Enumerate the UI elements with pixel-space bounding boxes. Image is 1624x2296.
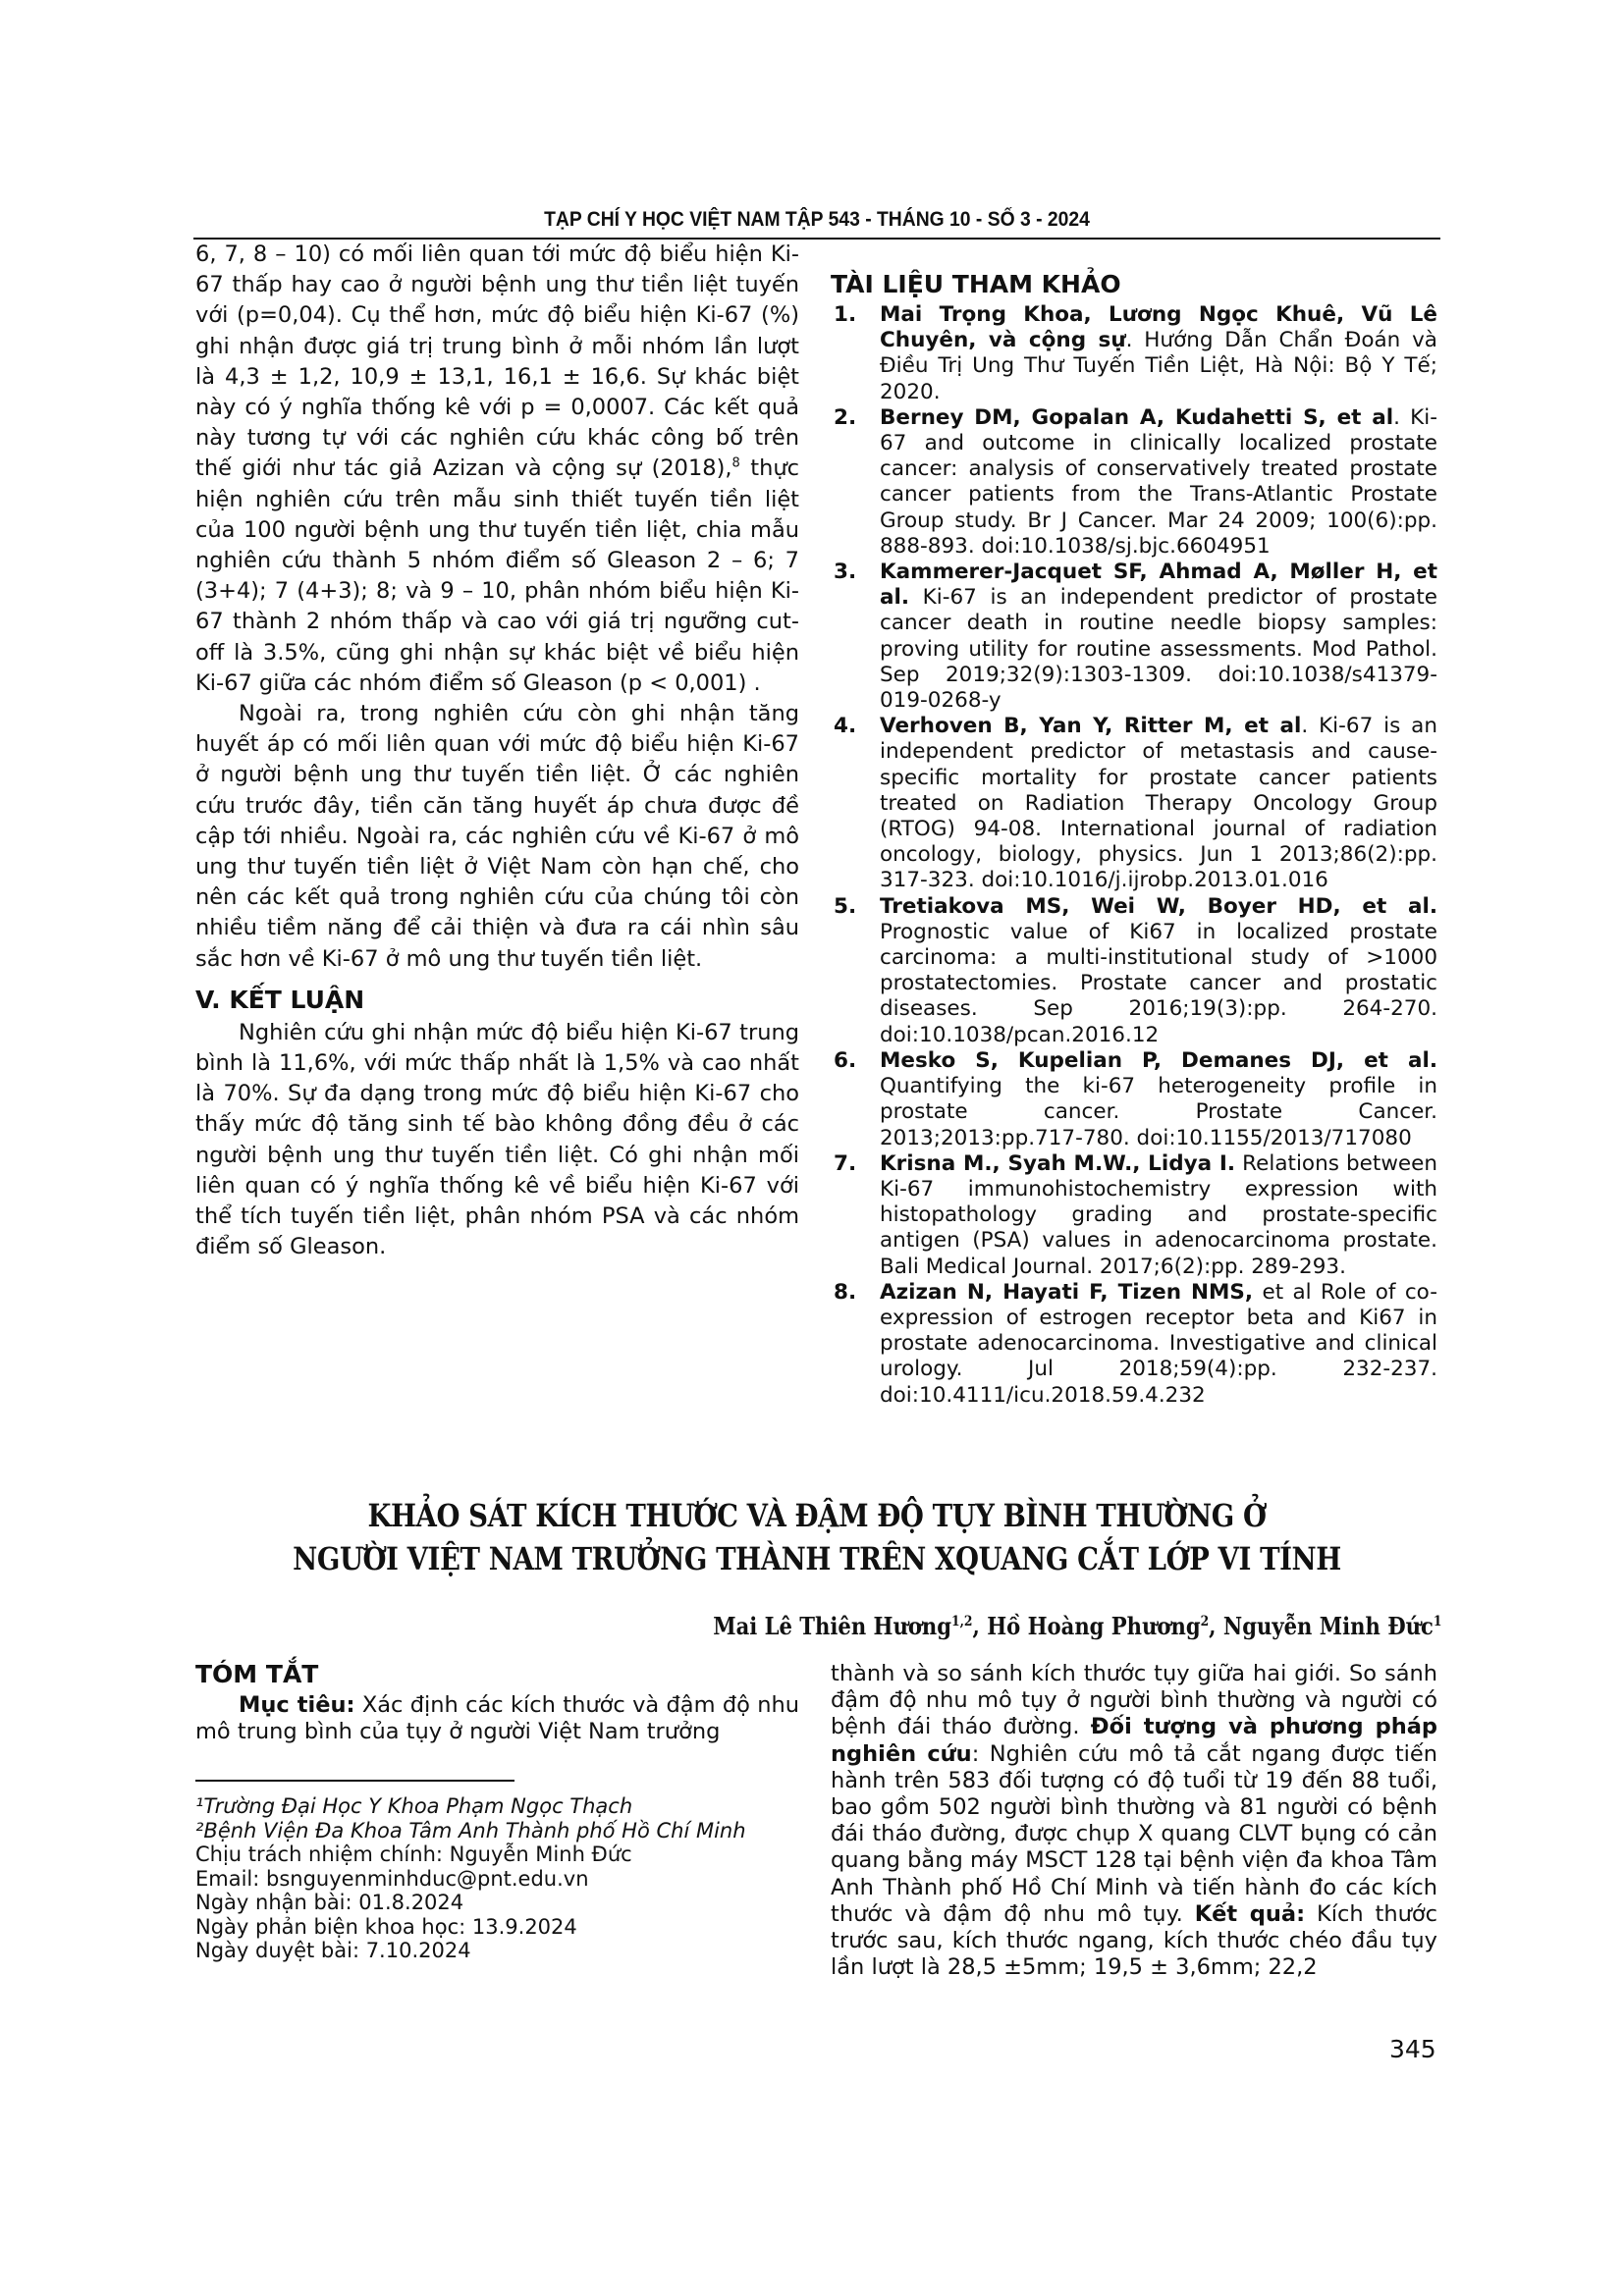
reference-text: . Ki-67 is an independent predictor of m… bbox=[880, 714, 1437, 892]
abstract-label-objective: Mục tiêu: bbox=[239, 1692, 355, 1718]
reference-number: 6. bbox=[834, 1048, 856, 1074]
author-affiliation-sup: 2 bbox=[1200, 1614, 1209, 1629]
reference-item: 6.Mesko S, Kupelian P, Demanes DJ, et al… bbox=[831, 1048, 1437, 1151]
abstract-paragraph: Mục tiêu: Xác định các kích thước và đậm… bbox=[195, 1692, 799, 1745]
corresponding-author: Chịu trách nhiệm chính: Nguyễn Minh Đức bbox=[195, 1842, 804, 1867]
paragraph-text: 6, 7, 8 – 10) có mối liên quan tới mức đ… bbox=[195, 241, 799, 481]
reference-authors: Verhoven B, Yan Y, Ritter M, et al bbox=[880, 714, 1301, 738]
reference-number: 3. bbox=[834, 560, 856, 585]
reference-item: 4.Verhoven B, Yan Y, Ritter M, et al. Ki… bbox=[831, 714, 1437, 893]
reference-number: 5. bbox=[834, 894, 856, 920]
page-number: 345 bbox=[1389, 2035, 1436, 2063]
reference-item: 7.Krisna M., Syah M.W., Lidya I. Relatio… bbox=[831, 1151, 1437, 1280]
reference-authors: Tretiakova MS, Wei W, Boyer HD, et al. bbox=[880, 894, 1437, 919]
section-heading-conclusion: V. KẾT LUẬN bbox=[195, 983, 799, 1018]
author-name: Nguyễn Minh Đức bbox=[1222, 1612, 1433, 1640]
references-column: TÀI LIỆU THAM KHẢO 1.Mai Trọng Khoa, Lươ… bbox=[831, 267, 1437, 1409]
affiliation-2: ²Bệnh Viện Đa Khoa Tâm Anh Thành phố Hồ … bbox=[195, 1819, 804, 1843]
reference-item: 2.Berney DM, Gopalan A, Kudahetti S, et … bbox=[831, 405, 1437, 560]
reference-authors: Berney DM, Gopalan A, Kudahetti S, et al bbox=[880, 405, 1393, 430]
article-title-line-2: NGƯỜI VIỆT NAM TRƯỞNG THÀNH TRÊN XQUANG … bbox=[281, 1537, 1353, 1580]
reference-number: 1. bbox=[834, 302, 856, 328]
abstract-text: : Nghiên cứu mô tả cắt ngang được tiến h… bbox=[831, 1741, 1437, 1927]
references-heading: TÀI LIỆU THAM KHẢO bbox=[831, 267, 1437, 302]
received-date: Ngày nhận bài: 01.8.2024 bbox=[195, 1891, 804, 1915]
author-separator: , bbox=[972, 1612, 987, 1640]
author-affiliation-sup: 1 bbox=[1433, 1614, 1441, 1629]
author-name: Mai Lê Thiên Hương bbox=[713, 1612, 951, 1640]
abstract-heading: TÓM TẮT bbox=[195, 1657, 799, 1692]
left-column: 6, 7, 8 – 10) có mối liên quan tới mức đ… bbox=[195, 240, 799, 1263]
footnotes: ¹Trường Đại Học Y Khoa Phạm Ngọc Thạch ²… bbox=[195, 1794, 804, 1963]
review-date: Ngày phản biện khoa học: 13.9.2024 bbox=[195, 1915, 804, 1940]
author-list: Mai Lê Thiên Hương1,2, Hồ Hoàng Phương2,… bbox=[713, 1612, 1441, 1640]
paragraph-text: thực hiện nghiên cứu trên mẫu sinh thiết… bbox=[195, 455, 799, 695]
author-separator: , bbox=[1209, 1612, 1223, 1640]
article-title: KHẢO SÁT KÍCH THƯỚC VÀ ĐẬM ĐỘ TỤY BÌNH T… bbox=[281, 1494, 1353, 1580]
author-name: Hồ Hoàng Phương bbox=[987, 1612, 1200, 1640]
citation-superscript: 8 bbox=[732, 456, 740, 471]
footnote-divider bbox=[195, 1780, 514, 1782]
reference-authors: Azizan N, Hayati F, Tizen NMS, bbox=[880, 1280, 1253, 1305]
article-title-line-1: KHẢO SÁT KÍCH THƯỚC VÀ ĐẬM ĐỘ TỤY BÌNH T… bbox=[281, 1494, 1353, 1537]
abstract-left: TÓM TẮT Mục tiêu: Xác định các kích thướ… bbox=[195, 1657, 799, 1745]
discussion-paragraph-1: 6, 7, 8 – 10) có mối liên quan tới mức đ… bbox=[195, 240, 799, 699]
reference-item: 1.Mai Trọng Khoa, Lương Ngọc Khuê, Vũ Lê… bbox=[831, 302, 1437, 405]
reference-text: Quantifying the ki-67 heterogeneity prof… bbox=[880, 1074, 1437, 1149]
abstract-right: thành và so sánh kích thước tụy giữa hai… bbox=[831, 1661, 1437, 1981]
reference-number: 4. bbox=[834, 714, 856, 739]
affiliation-1: ¹Trường Đại Học Y Khoa Phạm Ngọc Thạch bbox=[195, 1794, 804, 1819]
reference-number: 2. bbox=[834, 405, 856, 431]
reference-text: Prognostic value of Ki67 in localized pr… bbox=[880, 920, 1437, 1047]
reference-number: 7. bbox=[834, 1151, 856, 1177]
reference-list: 1.Mai Trọng Khoa, Lương Ngọc Khuê, Vũ Lê… bbox=[831, 302, 1437, 1409]
reference-authors: Krisna M., Syah M.W., Lidya I. bbox=[880, 1151, 1235, 1176]
discussion-paragraph-2: Ngoài ra, trong nghiên cứu còn ghi nhận … bbox=[195, 699, 799, 975]
running-header: TẠP CHÍ Y HỌC VIỆT NAM TẬP 543 - THÁNG 1… bbox=[244, 208, 1390, 232]
conclusion-paragraph: Nghiên cứu ghi nhận mức độ biểu hiện Ki-… bbox=[195, 1018, 799, 1263]
author-affiliation-sup: 1,2 bbox=[951, 1614, 972, 1629]
reference-authors: Mesko S, Kupelian P, Demanes DJ, et al. bbox=[880, 1048, 1437, 1073]
accepted-date: Ngày duyệt bài: 7.10.2024 bbox=[195, 1939, 804, 1963]
email: Email: bsnguyenminhduc@pnt.edu.vn bbox=[195, 1867, 804, 1892]
reference-item: 3.Kammerer-Jacquet SF, Ahmad A, Møller H… bbox=[831, 560, 1437, 714]
reference-number: 8. bbox=[834, 1280, 856, 1306]
reference-item: 5.Tretiakova MS, Wei W, Boyer HD, et al.… bbox=[831, 894, 1437, 1048]
reference-text: Ki-67 is an independent predictor of pro… bbox=[880, 585, 1437, 713]
reference-item: 8.Azizan N, Hayati F, Tizen NMS, et al R… bbox=[831, 1280, 1437, 1409]
abstract-label-results: Kết quả: bbox=[1195, 1901, 1305, 1927]
